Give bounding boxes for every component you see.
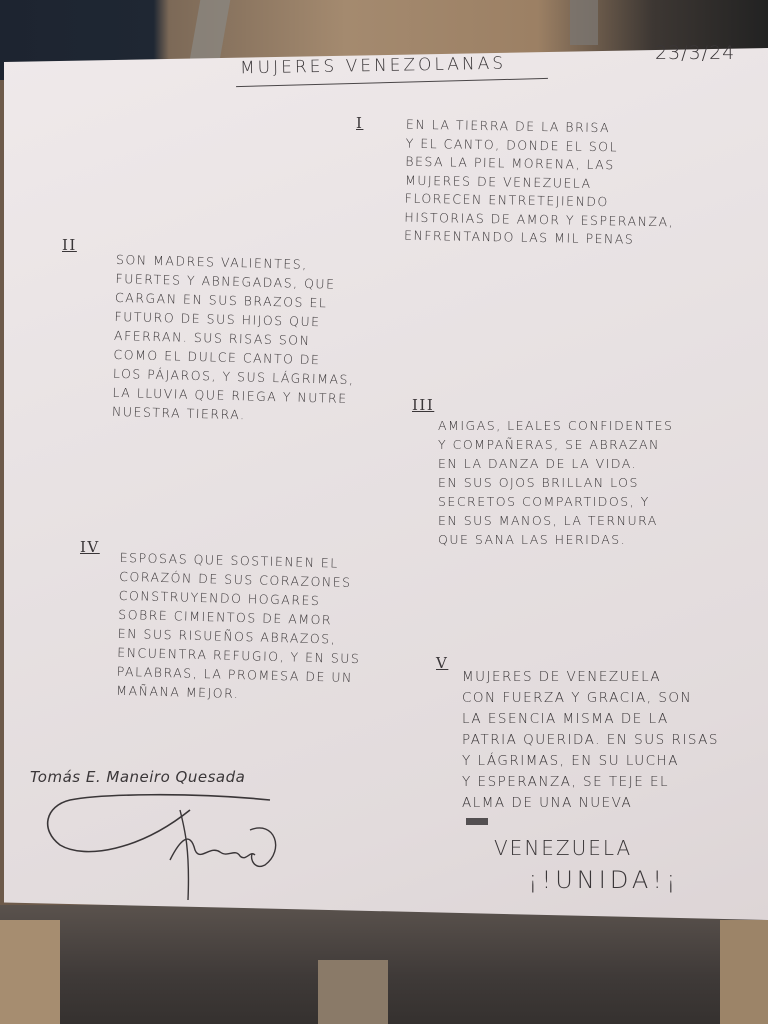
stanza-line: la esencia misma de la [462,709,719,730]
stanza-line: patria querida. En sus risas [462,730,719,751]
stanza-line: en la danza de la vida. [438,454,673,473]
stanza-4: Esposas que sostienen el corazón de sus … [116,548,363,706]
stanza-line: con fuerza y gracia, son [462,688,719,709]
closing-exclamation: ¡!Unida!¡ [528,866,680,894]
stanza-1: En la tierra de la brisa y el canto, don… [404,116,676,250]
stanza-line: Amigas, leales confidentes [438,416,673,435]
author-name: Tomás E. Maneiro Quesada [30,768,245,786]
stanza-numeral: III [412,396,434,414]
closing-word: Venezuela [494,836,632,860]
stanza-line: y esperanza, se teje el [462,772,719,793]
stanza-3: Amigas, leales confidentes y compañeras,… [438,416,673,549]
stanza-line: En sus ojos brillan los [438,473,673,492]
stanza-line: Mujeres de Venezuela [462,667,719,688]
chair-leg [570,0,598,45]
floor-patch [720,920,768,1024]
stanza-line: que sana las heridas. [438,530,673,549]
date: 23/3/24 [655,42,735,64]
signature [40,790,300,910]
stanza-line: y compañeras, se abrazan [438,435,673,454]
stanza-numeral: V [436,654,448,672]
stanza-line: secretos compartidos, y [438,492,673,511]
floor-patch [318,960,388,1024]
stanza-numeral: IV [80,538,100,556]
stanza-numeral: I [356,114,363,132]
stanza-numeral: II [62,236,77,254]
stanza-line: y lágrimas, en su lucha [462,751,719,772]
stanza-2: Son madres valientes, fuertes y abnegada… [112,250,358,427]
floor-patch [0,920,60,1024]
stanza-line: alma de una nueva [462,793,719,814]
stanza-line: en sus manos, la ternura [438,511,673,530]
stanza-5: Mujeres de Venezuela con fuerza y gracia… [462,667,719,814]
strikethrough-mark [466,818,488,825]
